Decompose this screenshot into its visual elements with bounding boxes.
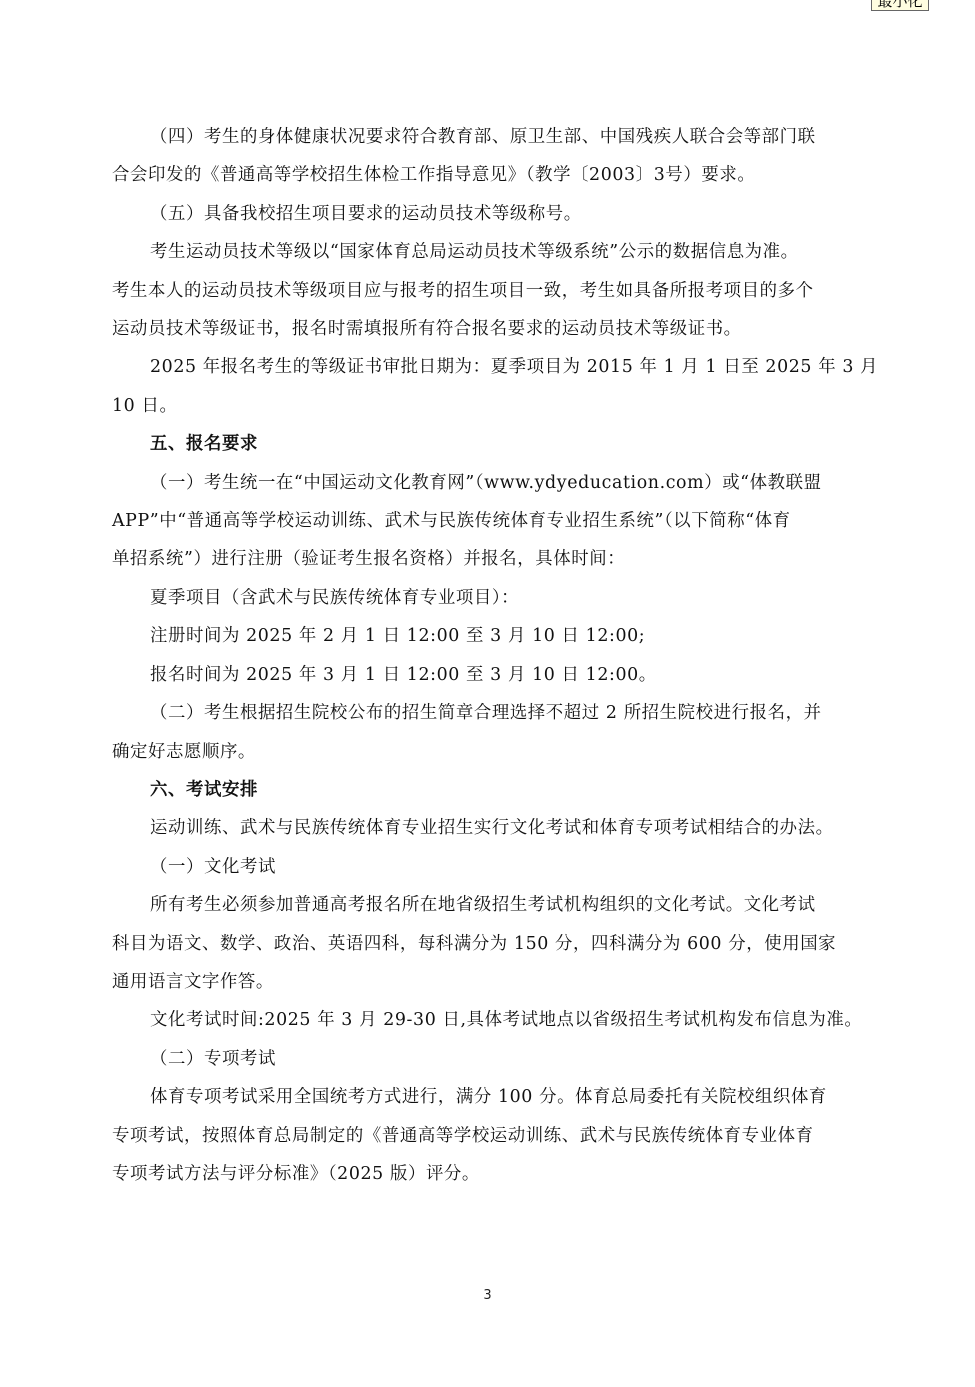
- text-line: 所有考生必须参加普通高考报名所在地省级招生考试机构组织的文化考试。文化考试: [112, 886, 892, 924]
- text-line: 体育专项考试采用全国统考方式进行，满分 100 分。体育总局委托有关院校组织体育: [112, 1078, 892, 1116]
- text-line: 报名时间为 2025 年 3 月 1 日 12:00 至 3 月 10 日 12…: [112, 656, 892, 694]
- text-line: 单招系统”）进行注册（验证考生报名资格）并报名，具体时间：: [112, 540, 892, 578]
- text-line: 运动训练、武术与民族传统体育专业招生实行文化考试和体育专项考试相结合的办法。: [112, 809, 892, 847]
- text-line: 合会印发的《普通高等学校招生体检工作指导意见》（教学〔2003〕3号）要求。: [112, 156, 892, 194]
- text-line: （二）专项考试: [112, 1040, 892, 1078]
- text-line: （五）具备我校招生项目要求的运动员技术等级称号。: [112, 195, 892, 233]
- page-number: 3: [0, 1288, 975, 1303]
- text-line: 确定好志愿顺序。: [112, 733, 892, 771]
- text-line: 科目为语文、数学、政治、英语四科，每科满分为 150 分，四科满分为 600 分…: [112, 925, 892, 963]
- text-line: 2025 年报名考生的等级证书审批日期为：夏季项目为 2015 年 1 月 1 …: [112, 348, 892, 386]
- text-line: 夏季项目（含武术与民族传统体育专业项目）：: [112, 579, 892, 617]
- section-heading: 六、考试安排: [112, 771, 892, 809]
- text-line: 考生本人的运动员技术等级项目应与报考的招生项目一致，考生如具备所报考项目的多个: [112, 272, 892, 310]
- text-line: 考生运动员技术等级以“国家体育总局运动员技术等级系统”公示的数据信息为准。: [112, 233, 892, 271]
- text-line: 通用语言文字作答。: [112, 963, 892, 1001]
- text-line: （四）考生的身体健康状况要求符合教育部、原卫生部、中国残疾人联合会等部门联: [112, 118, 892, 156]
- text-line: 注册时间为 2025 年 2 月 1 日 12:00 至 3 月 10 日 12…: [112, 617, 892, 655]
- text-line: 文化考试时间:2025 年 3 月 29-30 日,具体考试地点以省级招生考试机…: [112, 1001, 892, 1039]
- text-line: 10 日。: [112, 387, 892, 425]
- text-line: 专项考试方法与评分标准》（2025 版）评分。: [112, 1155, 892, 1193]
- text-line: 专项考试，按照体育总局制定的《普通高等学校运动训练、武术与民族传统体育专业体育: [112, 1117, 892, 1155]
- text-line: （二）考生根据招生院校公布的招生简章合理选择不超过 2 所招生院校进行报名，并: [112, 694, 892, 732]
- section-heading: 五、报名要求: [112, 425, 892, 463]
- text-line: APP”中“普通高等学校运动训练、武术与民族传统体育专业招生系统”（以下简称“体…: [112, 502, 892, 540]
- text-line: （一）文化考试: [112, 848, 892, 886]
- document-body: （四）考生的身体健康状况要求符合教育部、原卫生部、中国残疾人联合会等部门联合会印…: [112, 118, 892, 1193]
- text-line: （一）考生统一在“中国运动文化教育网”（www.ydyeducation.com…: [112, 464, 892, 502]
- text-line: 运动员技术等级证书，报名时需填报所有符合报名要求的运动员技术等级证书。: [112, 310, 892, 348]
- minimize-button[interactable]: 最小化: [871, 0, 929, 11]
